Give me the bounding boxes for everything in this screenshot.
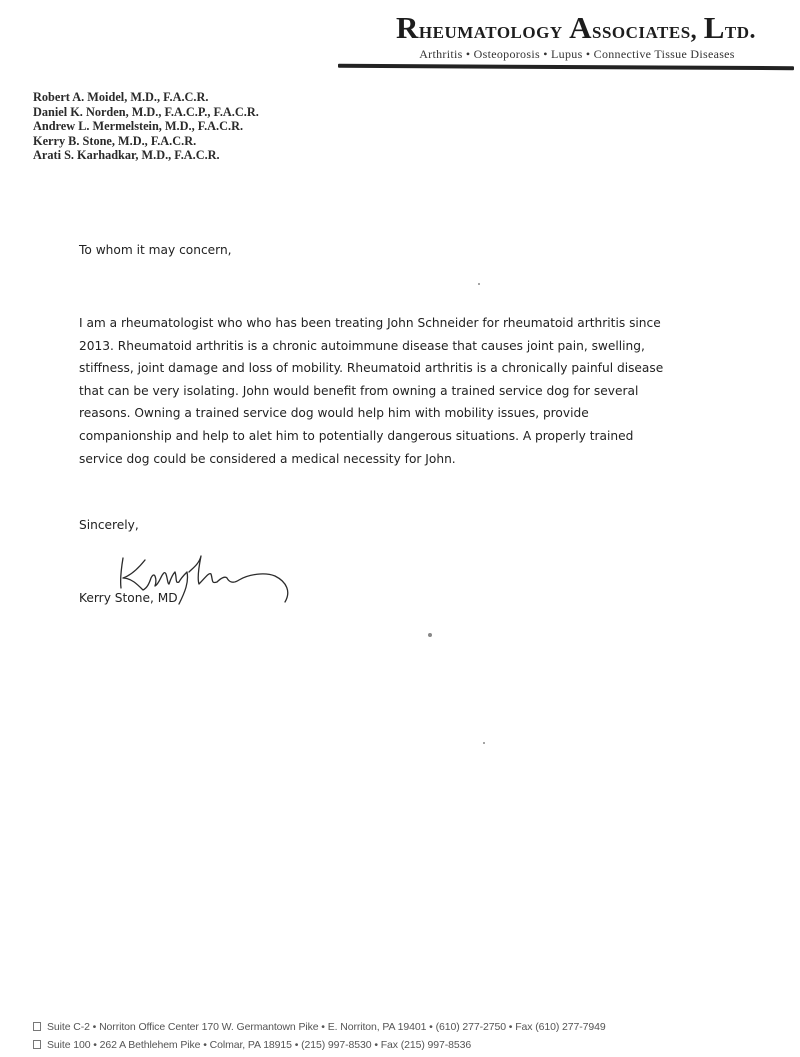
physician-list: Robert A. Moidel, M.D., F.A.C.R. Daniel … [33,90,259,163]
body-line: 2013. Rheumatoid arthritis is a chronic … [79,335,739,358]
letterhead: Rheumatology Associates, Ltd. Arthritis … [338,10,794,69]
scan-speck [478,283,480,285]
firm-name-initial: R [396,10,419,45]
salutation: To whom it may concern, [79,243,232,257]
scan-speck [483,742,485,744]
firm-tagline: Arthritis • Osteoporosis • Lupus • Conne… [360,47,794,62]
footer-address-norriton: Suite C-2 • Norriton Office Center 170 W… [33,1021,606,1033]
physician-name: Kerry B. Stone, M.D., F.A.C.R. [33,134,259,149]
address-text: Suite 100 • 262 A Bethlehem Pike • Colma… [47,1039,471,1051]
body-line: companionship and help to alet him to po… [79,425,739,448]
body-line: reasons. Owning a trained service dog wo… [79,402,739,425]
scan-speck [428,633,432,637]
firm-name-initial: L [704,10,725,45]
physician-name: Daniel K. Norden, M.D., F.A.C.P., F.A.C.… [33,105,259,120]
firm-name-part: ssociates, [592,18,704,44]
checkbox-icon [33,1040,41,1049]
body-line: that can be very isolating. John would b… [79,380,739,403]
letterhead-rule [338,64,794,70]
physician-name: Arati S. Karhadkar, M.D., F.A.C.R. [33,148,259,163]
firm-name-part: heumatology [419,18,569,44]
body-line: stiffness, joint damage and loss of mobi… [79,357,739,380]
signer-name: Kerry Stone, MD [79,591,178,605]
firm-name: Rheumatology Associates, Ltd. [358,10,794,46]
firm-name-initial: A [569,10,592,45]
address-text: Suite C-2 • Norriton Office Center 170 W… [47,1021,606,1033]
closing: Sincerely, [79,518,139,532]
body-line: I am a rheumatologist who who has been t… [79,312,739,335]
firm-name-part: td. [725,18,756,44]
footer-address-colmar: Suite 100 • 262 A Bethlehem Pike • Colma… [33,1039,471,1051]
body-line: service dog could be considered a medica… [79,448,739,471]
letter-body: I am a rheumatologist who who has been t… [79,312,739,470]
physician-name: Robert A. Moidel, M.D., F.A.C.R. [33,90,259,105]
physician-name: Andrew L. Mermelstein, M.D., F.A.C.R. [33,119,259,134]
checkbox-icon [33,1022,41,1031]
